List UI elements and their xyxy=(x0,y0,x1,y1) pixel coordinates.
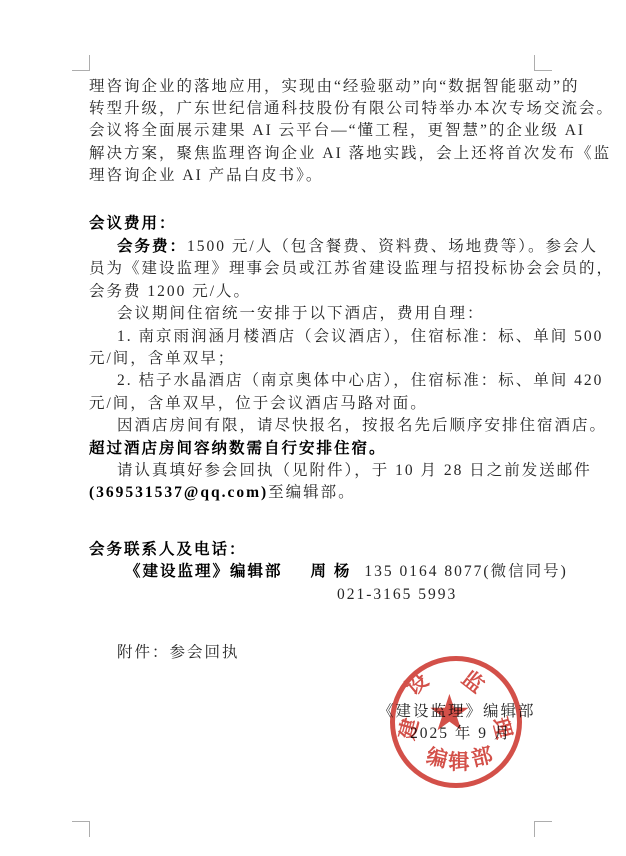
margin-mark-bl xyxy=(72,821,91,838)
text-segment: 会议将全面展示建果 AI 云平台—“懂工程，更智慧”的企业级 AI xyxy=(89,122,585,139)
seal-character: 建 xyxy=(394,714,423,743)
document-page: 理咨询企业的落地应用，实现由“经验驱动”向“数据智能驱动”的转型升级，广东世纪信… xyxy=(0,0,626,856)
text-segment: 会务费： xyxy=(117,238,187,255)
text-line: 请认真填好参会回执（见附件），于 10 月 28 日之前发送邮件 xyxy=(117,462,592,479)
text-line: 员为《建设监理》理事会员或江苏省建设监理与招投标协会会员的， xyxy=(89,260,614,277)
text-segment: 超过酒店房间容纳数需自行安排住宿。 xyxy=(89,440,387,457)
text-line: 元/间，含单双早； xyxy=(89,350,235,367)
text-segment: 理咨询企业的落地应用，实现由“经验驱动”向“数据智能驱动”的 xyxy=(89,78,580,95)
section-heading-fees: 会议费用： xyxy=(89,215,177,232)
text-segment: 员为《建设监理》理事会员或江苏省建设监理与招投标协会会员的， xyxy=(89,260,614,277)
text-segment: 会议期间住宿统一安排于以下酒店，费用自理： xyxy=(117,305,485,322)
contact-mobile: 135 0164 8077(微信同号) xyxy=(364,563,567,580)
text-segment: 因酒店房间有限，请尽快报名，按报名先后顺序安排住宿酒店。 xyxy=(117,417,607,434)
text-line: 会务费 1200 元/人。 xyxy=(89,283,251,300)
margin-mark-tl xyxy=(72,55,91,72)
email-address: (369531537@qq.com) xyxy=(89,484,268,501)
text-line: 超过酒店房间容纳数需自行安排住宿。 xyxy=(89,440,387,457)
contact-landline: 021-3165 5993 xyxy=(337,586,457,603)
text-line: 2. 桔子水晶酒店（南京奥体中心店），住宿标准：标、单间 420 xyxy=(117,372,603,389)
seal-character: 辑 xyxy=(447,750,471,774)
text-line: 因酒店房间有限，请尽快报名，按报名先后顺序安排住宿酒店。 xyxy=(117,417,607,434)
email-line: (369531537@qq.com) 至编辑部。 xyxy=(89,484,356,501)
seal-character: 部 xyxy=(467,742,496,771)
seal-character: 理 xyxy=(487,713,516,742)
margin-mark-br xyxy=(534,821,553,838)
text-line: 1. 南京雨润涵月楼酒店（会议酒店），住宿标准：标、单间 500 xyxy=(117,328,603,345)
text-segment: 会务联系人及电话： xyxy=(89,541,247,558)
text-line: 理咨询企业 AI 产品白皮书》。 xyxy=(89,167,323,184)
margin-mark-tr xyxy=(534,55,553,72)
contact-line: 《建设监理》编辑部周 杨135 0164 8077(微信同号) xyxy=(125,563,568,580)
text-segment: 附件：参会回执 xyxy=(117,644,240,661)
contact-phone-line: 021-3165 5993 xyxy=(337,586,457,603)
text-line: 理咨询企业的落地应用，实现由“经验驱动”向“数据智能驱动”的 xyxy=(89,78,580,95)
text-line: 元/间，含单双早，位于会议酒店马路对面。 xyxy=(89,395,428,412)
text-line: 会务费：1500 元/人（包含餐费、资料费、场地费等）。参会人 xyxy=(117,238,598,255)
text-line: 解决方案，聚焦监理咨询企业 AI 落地实践，会上还将首次发布《监 xyxy=(89,145,611,162)
text-segment: 转型升级，广东世纪信通科技股份有限公司特举办本次专场交流会。 xyxy=(89,100,614,117)
text-segment: 1500 元/人（包含餐费、资料费、场地费等）。参会人 xyxy=(187,238,598,255)
text-segment: 至编辑部。 xyxy=(268,484,356,501)
contact-org: 《建设监理》编辑部 xyxy=(125,563,283,580)
official-seal-stamp: ★建设监理编辑部 xyxy=(390,656,522,788)
text-segment: 会议费用： xyxy=(89,215,177,232)
text-segment: 请认真填好参会回执（见附件），于 10 月 28 日之前发送邮件 xyxy=(117,462,592,479)
section-heading-contacts: 会务联系人及电话： xyxy=(89,541,247,558)
contact-person: 周 杨 xyxy=(311,563,352,580)
text-segment: 理咨询企业 AI 产品白皮书》。 xyxy=(89,167,323,184)
text-segment: 元/间，含单双早，位于会议酒店马路对面。 xyxy=(89,395,428,412)
text-segment: 解决方案，聚焦监理咨询企业 AI 落地实践，会上还将首次发布《监 xyxy=(89,145,611,162)
star-icon: ★ xyxy=(427,688,472,738)
text-segment: 元/间，含单双早； xyxy=(89,350,235,367)
text-segment: 1. 南京雨润涵月楼酒店（会议酒店），住宿标准：标、单间 500 xyxy=(117,328,603,345)
attachment-line: 附件：参会回执 xyxy=(117,644,240,661)
text-line: 转型升级，广东世纪信通科技股份有限公司特举办本次专场交流会。 xyxy=(89,100,614,117)
text-line: 会议将全面展示建果 AI 云平台—“懂工程，更智慧”的企业级 AI xyxy=(89,122,585,139)
text-segment: 2. 桔子水晶酒店（南京奥体中心店），住宿标准：标、单间 420 xyxy=(117,372,603,389)
text-segment: 会务费 1200 元/人。 xyxy=(89,283,251,300)
text-line: 会议期间住宿统一安排于以下酒店，费用自理： xyxy=(117,305,485,322)
